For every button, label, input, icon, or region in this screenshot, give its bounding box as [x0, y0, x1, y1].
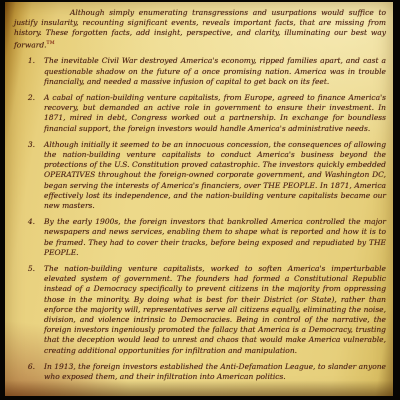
item-number: 6.: [21, 362, 35, 382]
list-item: 2. A cabal of nation-building venture ca…: [14, 93, 386, 134]
parchment-page: Although simply enumerating transgressio…: [5, 2, 393, 396]
document-content: Although simply enumerating transgressio…: [5, 2, 393, 396]
item-text: By the early 1900s, the foreign investor…: [44, 217, 386, 258]
list-item: 6. In 1913, the foreign investors establ…: [14, 362, 386, 382]
item-number: 3.: [21, 140, 35, 211]
item-text: A cabal of nation-building venture capit…: [44, 93, 386, 134]
item-number: 1.: [21, 56, 35, 87]
trademark-superscript: TM: [47, 41, 55, 46]
item-text: The nation-building venture capitalists,…: [44, 264, 386, 356]
intro-text: Although simply enumerating transgressio…: [14, 8, 386, 49]
intro-paragraph: Although simply enumerating transgressio…: [14, 8, 386, 50]
list-item: 4. By the early 1900s, the foreign inves…: [14, 217, 386, 258]
list-item: 5. The nation-building venture capitalis…: [14, 264, 386, 356]
item-text: In 1913, the foreign investors establish…: [44, 362, 386, 382]
list-item: 1. The inevitable Civil War destroyed Am…: [14, 56, 386, 87]
item-number: 2.: [21, 93, 35, 134]
photo-frame: Although simply enumerating transgressio…: [0, 0, 400, 400]
item-number: 5.: [21, 264, 35, 356]
item-text: Although initially it seemed to be an in…: [44, 140, 386, 211]
item-text: The inevitable Civil War destroyed Ameri…: [44, 56, 386, 87]
item-number: 4.: [21, 217, 35, 258]
list-item: 3. Although initially it seemed to be an…: [14, 140, 386, 211]
